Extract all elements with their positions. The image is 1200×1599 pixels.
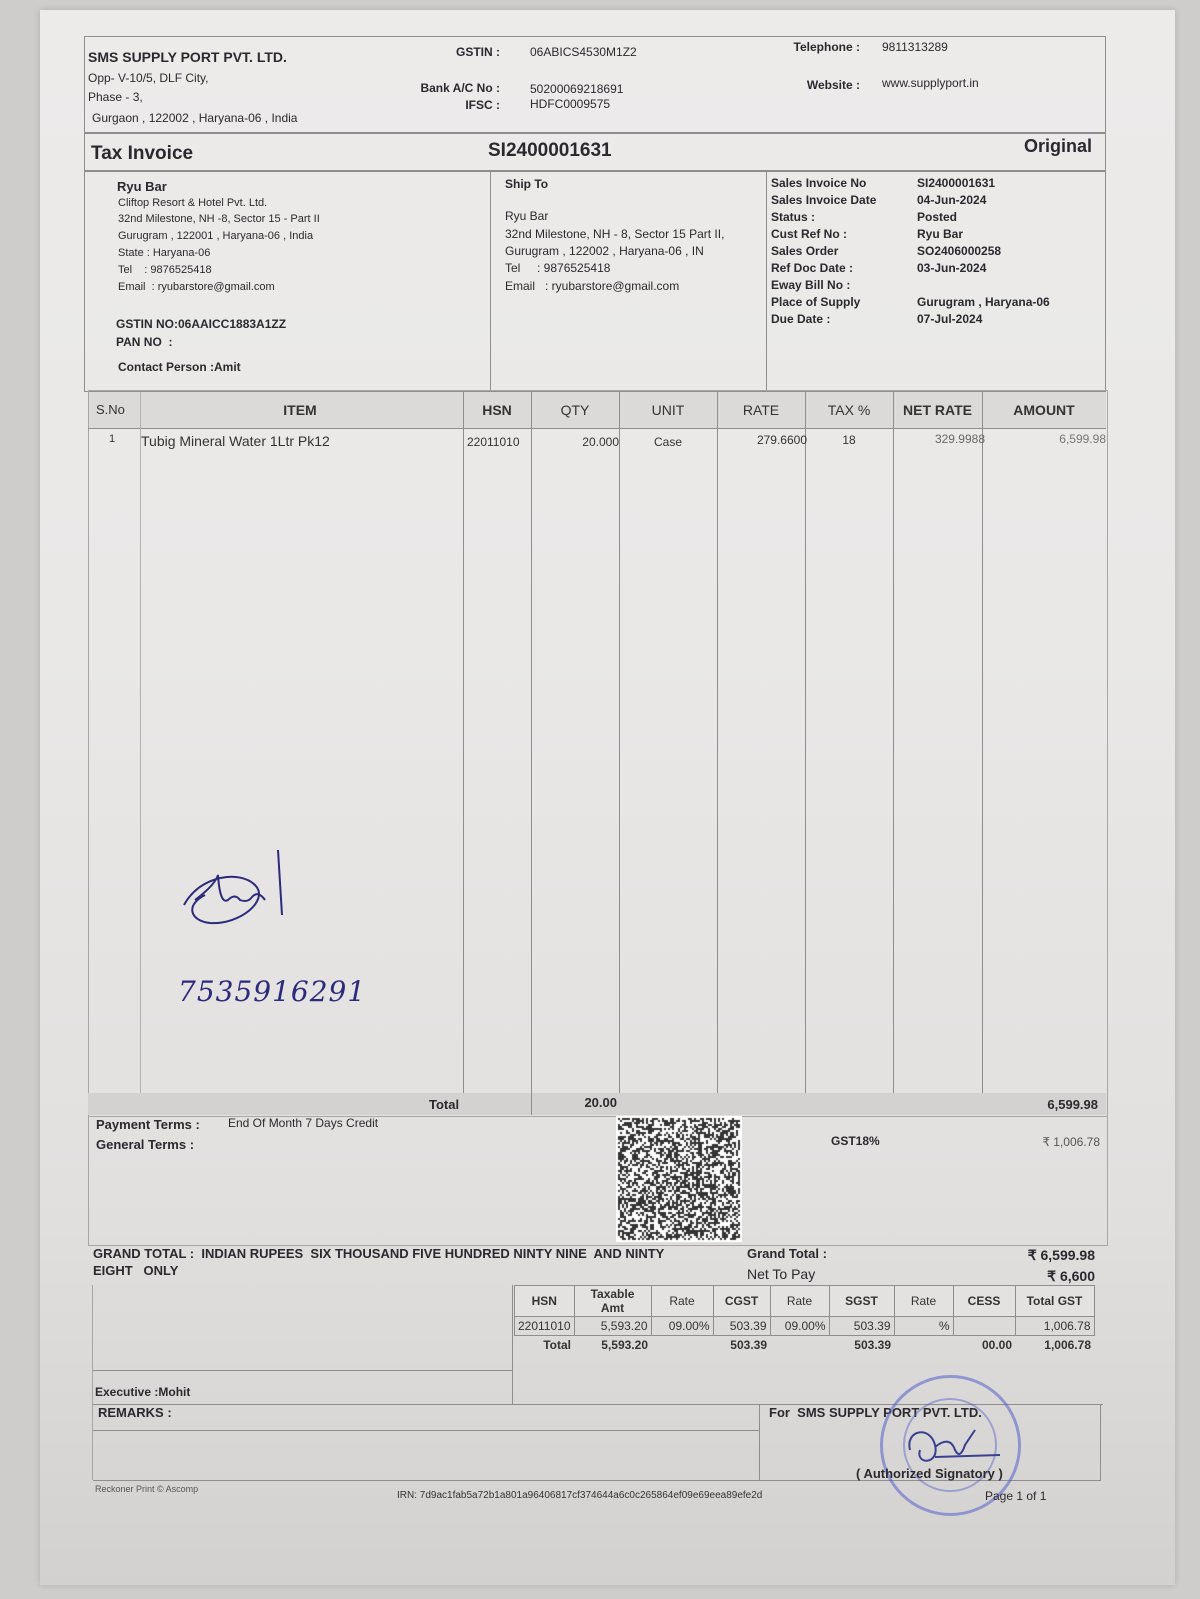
general-terms-label: General Terms :: [96, 1137, 194, 1152]
gst-col-hsn: HSN: [515, 1286, 575, 1317]
row-unit: Case: [619, 435, 717, 449]
seller-name: SMS SUPPLY PORT PVT. LTD.: [88, 49, 287, 65]
software-credit: Reckoner Print © Ascomp: [95, 1484, 198, 1494]
doc-type-title: Tax Invoice: [91, 143, 193, 165]
grand-total-value: ₹ 6,599.98: [980, 1247, 1095, 1264]
col-header-rate: RATE: [717, 402, 805, 418]
col-header-unit: UNIT: [619, 402, 717, 418]
parties-divider-1: [490, 170, 491, 390]
gst-amount-value: ₹ 1,006.78: [990, 1135, 1100, 1149]
gst-cell-sgst-rate: 09.00%: [770, 1317, 829, 1336]
terms-box: [88, 1115, 1108, 1246]
payment-terms-label: Payment Terms :: [96, 1117, 200, 1132]
row-hsn: 22011010: [467, 435, 520, 449]
gst-cell-total: 1,006.78: [1015, 1317, 1094, 1336]
bill-to-line: Cliftop Resort & Hotel Pvt. Ltd.: [118, 197, 267, 209]
bill-to-gstin: GSTIN NO:06AAICC1883A1ZZ: [116, 317, 286, 331]
seller-address-line-2: Phase - 3,: [88, 90, 143, 104]
col-line-item: [140, 392, 141, 1093]
invoice-meta-label: Sales Invoice Date: [771, 193, 876, 207]
col-line-netrate: [893, 392, 894, 1115]
net-to-pay-label: Net To Pay: [747, 1266, 815, 1282]
page-number: Page 1 of 1: [985, 1489, 1046, 1503]
gst-cell-cess-rate: %: [894, 1317, 953, 1336]
col-header-amount: AMOUNT: [982, 402, 1106, 418]
seller-telephone: 9811313289: [882, 40, 948, 54]
col-header-qty: QTY: [531, 402, 619, 418]
gst-table-row: 22011010 5,593.20 09.00% 503.39 09.00% 5…: [515, 1317, 1095, 1336]
signatory-box-right: [1100, 1404, 1101, 1480]
signatory-box-edge: [759, 1404, 760, 1480]
invoice-meta-label: Eway Bill No :: [771, 278, 850, 292]
gst-col-cgst: CGST: [713, 1286, 770, 1317]
gst-total-empty: [770, 1336, 829, 1355]
row-sno: 1: [109, 433, 115, 445]
ship-to-line: 32nd Milestone, NH - 8, Sector 15 Part I…: [505, 227, 724, 241]
col-line-hsn: [463, 392, 464, 1115]
executive-name: Executive :Mohit: [95, 1385, 190, 1399]
authorized-signatory-label: ( Authorized Signatory ): [856, 1466, 1003, 1481]
col-header-net-rate: NET RATE: [893, 402, 982, 418]
handwritten-signature-icon: [180, 845, 290, 930]
invoice-meta-value: 03-Jun-2024: [917, 261, 986, 275]
gst-total-sgst: 503.39: [829, 1336, 894, 1355]
bill-to-line: Tel : 9876525418: [118, 264, 212, 276]
seller-address-line-3: Gurgaon , 122002 , Haryana-06 , India: [92, 111, 297, 125]
invoice-meta-label: Ref Doc Date :: [771, 261, 853, 275]
gst-total-gst: 1,006.78: [1015, 1336, 1094, 1355]
gst-col-cess-rate: Rate: [894, 1286, 953, 1317]
row-item: Tubig Mineral Water 1Ltr Pk12: [141, 433, 330, 449]
gst-cell-cgst-rate: 09.00%: [651, 1317, 713, 1336]
gst-col-taxable: Taxable Amt: [574, 1286, 651, 1317]
items-header-bottom: [88, 428, 1106, 429]
bill-to-line: 32nd Milestone, NH -8, Sector 15 - Part …: [118, 213, 320, 225]
grand-total-words-line-1: GRAND TOTAL : INDIAN RUPEES SIX THOUSAND…: [93, 1246, 664, 1261]
col-header-item: ITEM: [140, 402, 460, 418]
invoice-meta-label: Due Date :: [771, 312, 830, 326]
grand-total-words-line-2: EIGHT ONLY: [93, 1263, 178, 1278]
gst-summary-table: HSN Taxable Amt Rate CGST Rate SGST Rate…: [514, 1285, 1095, 1354]
invoice-meta-value: SI2400001631: [917, 176, 995, 190]
gst-total-cess: 00.00: [953, 1336, 1015, 1355]
gst-cell-hsn: 22011010: [515, 1317, 575, 1336]
ship-to-heading: Ship To: [505, 177, 548, 191]
bill-to-line: State : Haryana-06: [118, 247, 210, 259]
gst-cell-taxable: 5,593.20: [574, 1317, 651, 1336]
website-label: Website :: [760, 78, 860, 92]
ship-to-email: Email : ryubarstore@gmail.com: [505, 279, 679, 293]
row-amount: 6,599.98: [982, 432, 1106, 446]
col-header-hsn: HSN: [463, 402, 531, 418]
authorized-signature-icon: [895, 1425, 1005, 1470]
parties-divider-2: [766, 170, 767, 390]
gstin-label: GSTIN :: [430, 45, 500, 59]
col-header-sno: S.No: [96, 402, 125, 417]
gst-cell-sgst: 503.39: [829, 1317, 894, 1336]
bank-ac-label: Bank A/C No :: [400, 81, 500, 95]
bill-to-name: Ryu Bar: [117, 179, 167, 194]
invoice-meta-label: Sales Invoice No: [771, 176, 866, 190]
invoice-meta-value: 07-Jul-2024: [917, 312, 982, 326]
gst-col-cess: CESS: [953, 1286, 1015, 1317]
invoice-meta-value: SO2406000258: [917, 244, 1001, 258]
gst-col-total: Total GST: [1015, 1286, 1094, 1317]
items-total-qty: 20.00: [531, 1095, 617, 1110]
copy-label: Original: [1024, 136, 1092, 157]
gst-table-header-row: HSN Taxable Amt Rate CGST Rate SGST Rate…: [515, 1286, 1095, 1317]
ifsc-label: IFSC :: [430, 98, 500, 112]
net-to-pay-value: ₹ 6,600: [980, 1268, 1095, 1285]
ship-to-name: Ryu Bar: [505, 209, 548, 223]
payment-terms-value: End Of Month 7 Days Credit: [228, 1116, 378, 1130]
gst-table-total-row: Total 5,593.20 503.39 503.39 00.00 1,006…: [515, 1336, 1095, 1355]
col-line-unit: [619, 392, 620, 1115]
gst-rate-label: GST18%: [831, 1134, 880, 1148]
col-line-tax: [805, 392, 806, 1115]
footer-line-1: [93, 1370, 513, 1371]
bill-to-email: Email : ryubarstore@gmail.com: [118, 281, 275, 293]
e-invoice-qr-code: [616, 1116, 742, 1242]
footer-divider: [512, 1285, 513, 1405]
invoice-meta-label: Place of Supply: [771, 295, 860, 309]
footer-line-3: [93, 1430, 759, 1431]
invoice-meta-value: Gurugram , Haryana-06: [917, 295, 1050, 309]
col-header-tax: TAX %: [805, 402, 893, 418]
bill-to-line: Gurugram , 122001 , Haryana-06 , India: [118, 230, 313, 242]
gst-col-sgst: SGST: [829, 1286, 894, 1317]
invoice-meta-label: Sales Order: [771, 244, 838, 258]
col-line-rate: [717, 392, 718, 1115]
telephone-label: Telephone :: [760, 40, 860, 54]
gst-cell-cgst: 503.39: [713, 1317, 770, 1336]
invoice-meta-value: 04-Jun-2024: [917, 193, 986, 207]
col-line-amount: [982, 392, 983, 1115]
invoice-number-title: SI2400001631: [488, 140, 612, 162]
gst-cell-cess: [953, 1317, 1015, 1336]
ship-to-line: Tel : 9876525418: [505, 261, 610, 275]
gst-col-cgst-rate: Rate: [651, 1286, 713, 1317]
items-total-label: Total: [429, 1097, 459, 1112]
invoice-meta-label: Cust Ref No :: [771, 227, 847, 241]
contact-person: Contact Person :Amit: [118, 360, 241, 374]
invoice-meta-label: Status :: [771, 210, 815, 224]
bill-to-pan: PAN NO :: [116, 335, 172, 349]
gst-total-label: Total: [515, 1336, 575, 1355]
invoice-meta-value: Posted: [917, 210, 957, 224]
seller-gstin: 06ABICS4530M1Z2: [530, 45, 637, 59]
bank-ac-number: 50200069218691: [530, 82, 623, 96]
remarks-label: REMARKS :: [98, 1405, 172, 1420]
invoice-meta-value: Ryu Bar: [917, 227, 963, 241]
col-line-qty: [531, 392, 532, 1115]
ifsc-code: HDFC0009575: [530, 97, 610, 111]
seller-website: www.supplyport.in: [882, 76, 979, 90]
handwritten-phone: 7535916291: [178, 975, 366, 1008]
irn-number: IRN: 7d9ac1fab5a72b1a801a96406817cf37464…: [397, 1490, 762, 1501]
gst-total-taxable: 5,593.20: [574, 1336, 651, 1355]
gst-total-cgst: 503.39: [713, 1336, 770, 1355]
gst-col-sgst-rate: Rate: [770, 1286, 829, 1317]
row-rate: 279.6600: [717, 433, 807, 447]
ship-to-line: Gurugram , 122002 , Haryana-06 , IN: [505, 244, 704, 258]
grand-total-label: Grand Total :: [747, 1246, 827, 1261]
row-net-rate: 329.9988: [893, 432, 985, 446]
row-tax: 18: [805, 433, 893, 447]
footer-left-edge: [92, 1285, 93, 1480]
gst-total-empty: [651, 1336, 713, 1355]
gst-total-empty: [894, 1336, 953, 1355]
items-total-amount: 6,599.98: [982, 1097, 1098, 1112]
seller-address-line-1: Opp- V-10/5, DLF City,: [88, 71, 209, 85]
row-qty: 20.000: [531, 435, 619, 449]
